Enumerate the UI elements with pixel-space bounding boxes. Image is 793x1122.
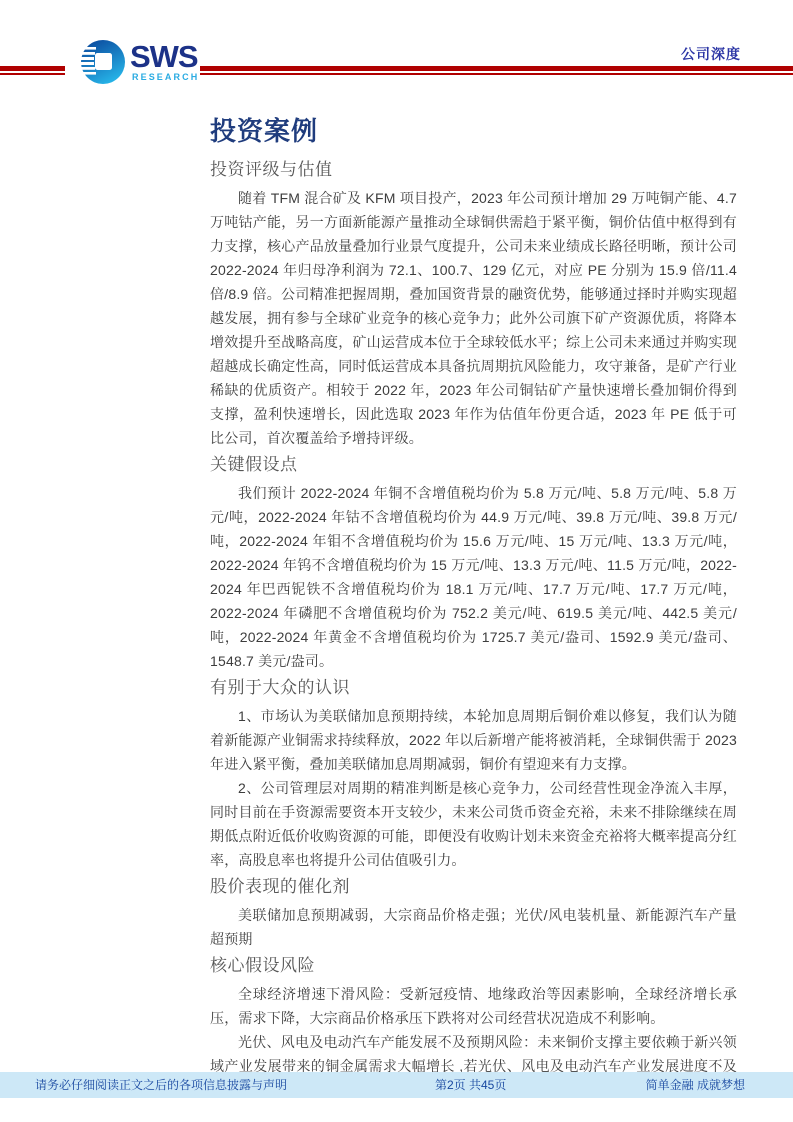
paragraph: 美联储加息预期减弱，大宗商品价格走强；光伏/风电装机量、新能源汽车产量超预期 [210, 903, 737, 951]
paragraph: 全球经济增速下滑风险：受新冠疫情、地缘政治等因素影响，全球经济增长承压，需求下降… [210, 982, 737, 1030]
section-heading: 投资评级与估值 [210, 157, 737, 183]
paragraph: 我们预计 2022-2024 年铜不含增值税均价为 5.8 万元/吨、5.8 万… [210, 481, 737, 673]
report-body: 投资案例 投资评级与估值 随着 TFM 混合矿及 KFM 项目投产，2023 年… [210, 92, 737, 1102]
section-heading: 核心假设风险 [210, 953, 737, 979]
section-differentiated-view: 有别于大众的认识 1、市场认为美联储加息预期持续，本轮加息周期后铜价难以修复，我… [210, 675, 737, 872]
header-rule-right [200, 66, 793, 75]
page-footer: 请务必仔细阅读正文之后的各项信息披露与声明 第2页 共45页 简单金融 成就梦想 [0, 1072, 793, 1098]
footer-disclaimer: 请务必仔细阅读正文之后的各项信息披露与声明 [35, 1072, 287, 1098]
logo-research-text: RESEARCH [132, 73, 199, 82]
sws-globe-icon [74, 37, 126, 87]
section-price-catalysts: 股价表现的催化剂 美联储加息预期减弱，大宗商品价格走强；光伏/风电装机量、新能源… [210, 874, 737, 951]
section-heading: 有别于大众的认识 [210, 675, 737, 701]
section-key-assumptions: 关键假设点 我们预计 2022-2024 年铜不含增值税均价为 5.8 万元/吨… [210, 452, 737, 673]
paragraph: 随着 TFM 混合矿及 KFM 项目投产，2023 年公司预计增加 29 万吨铜… [210, 186, 737, 450]
section-heading: 关键假设点 [210, 452, 737, 478]
report-page: SWS RESEARCH 公司深度 投资案例 投资评级与估值 随着 TFM 混合… [0, 0, 793, 1122]
page-header: SWS RESEARCH 公司深度 [0, 0, 793, 100]
section-heading: 股价表现的催化剂 [210, 874, 737, 900]
logo-sws-text: SWS [130, 41, 199, 72]
paragraph: 1、市场认为美联储加息预期持续，本轮加息周期后铜价难以修复，我们认为随着新能源产… [210, 704, 737, 776]
footer-page-number: 第2页 共45页 [435, 1072, 506, 1098]
sws-research-logo: SWS RESEARCH [74, 37, 199, 87]
page-title: 投资案例 [210, 116, 737, 147]
report-category-label: 公司深度 [681, 44, 741, 64]
header-rule-left [0, 66, 65, 75]
paragraph: 2、公司管理层对周期的精准判断是核心竞争力，公司经营性现金净流入丰厚，同时目前在… [210, 776, 737, 872]
footer-slogan: 简单金融 成就梦想 [646, 1072, 745, 1098]
section-investment-rating: 投资评级与估值 随着 TFM 混合矿及 KFM 项目投产，2023 年公司预计增… [210, 157, 737, 450]
logo-wordmark: SWS RESEARCH [130, 41, 199, 82]
